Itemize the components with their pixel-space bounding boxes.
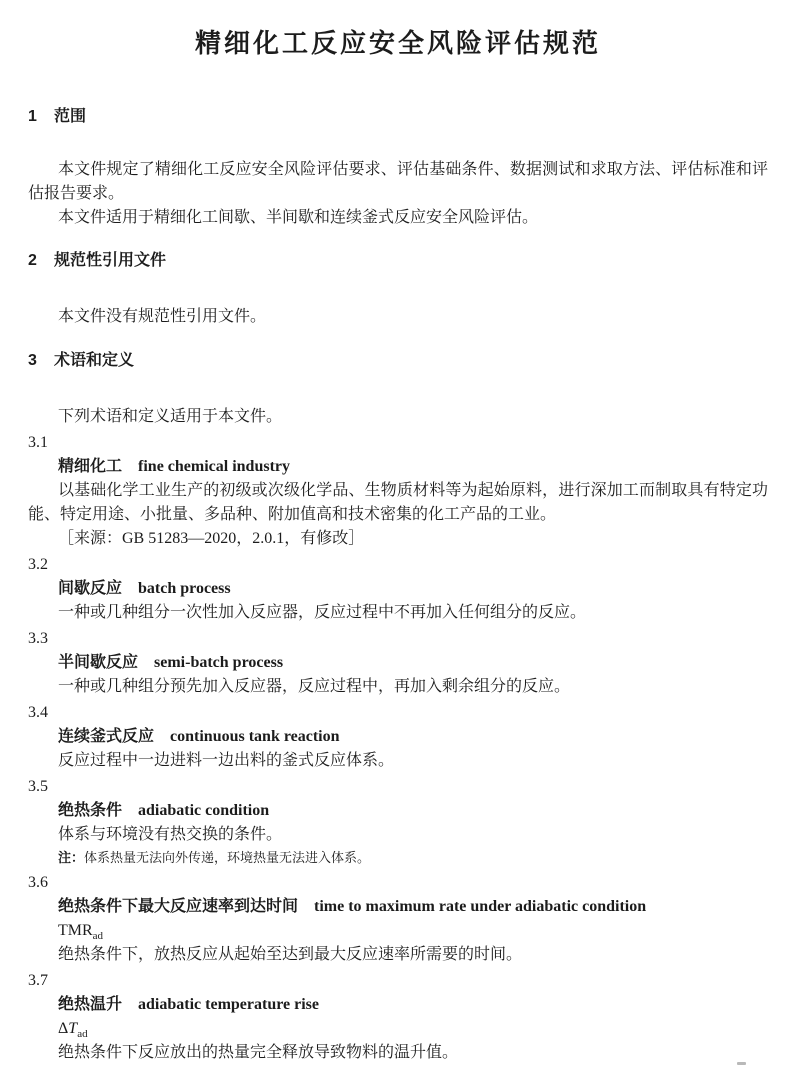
section-3-terms-definitions: 3术语和定义 下列术语和定义适用于本文件。 3.1 精细化工fine chemi…: [28, 350, 768, 1065]
scan-artifact: [737, 1062, 746, 1065]
term-3-4: 3.4 连续釜式反应continuous tank reaction 反应过程中…: [28, 701, 768, 773]
term-en: time to maximum rate under adiabatic con…: [314, 898, 646, 915]
term-en: fine chemical industry: [138, 458, 290, 475]
term-title: 绝热条件adiabatic condition: [28, 799, 768, 823]
section-number: 3: [28, 350, 54, 372]
section-1-scope: 1范围 本文件规定了精细化工反应安全风险评估要求、评估基础条件、数据测试和求取方…: [28, 106, 768, 230]
page-title: 精细化工反应安全风险评估规范: [28, 26, 768, 60]
document-page: 精细化工反应安全风险评估规范 1范围 本文件规定了精细化工反应安全风险评估要求、…: [0, 26, 790, 1065]
term-definition: 以基础化学工业生产的初级或次级化学品、生物质材料等为起始原料，进行深加工而制取具…: [28, 479, 768, 527]
term-3-3: 3.3 半间歇反应semi-batch process 一种或几种组分预先加入反…: [28, 627, 768, 699]
section-number: 1: [28, 106, 54, 128]
term-number: 3.3: [28, 627, 768, 651]
term-number: 3.1: [28, 431, 768, 455]
term-title: 绝热条件下最大反应速率到达时间time to maximum rate unde…: [28, 895, 768, 919]
term-title: 间歇反应batch process: [28, 577, 768, 601]
term-3-7: 3.7 绝热温升adiabatic temperature rise ΔTad …: [28, 969, 768, 1065]
term-title: 绝热温升adiabatic temperature rise: [28, 993, 768, 1017]
symbol-base: T: [68, 1020, 77, 1037]
term-3-5: 3.5 绝热条件adiabatic condition 体系与环境没有热交换的条…: [28, 775, 768, 869]
paragraph: 本文件没有规范性引用文件。: [28, 305, 768, 329]
term-en: adiabatic condition: [138, 802, 269, 819]
term-en: semi-batch process: [154, 654, 283, 671]
term-number: 3.6: [28, 871, 768, 895]
term-symbol: TMRad: [28, 919, 768, 943]
paragraph: 本文件适用于精细化工间歇、半间歇和连续釜式反应安全风险评估。: [28, 206, 768, 230]
symbol-prefix: Δ: [58, 1020, 68, 1037]
terms-list: 3.1 精细化工fine chemical industry 以基础化学工业生产…: [28, 431, 768, 1065]
section-number: 2: [28, 250, 54, 272]
term-zh: 绝热条件下最大反应速率到达时间: [58, 898, 298, 915]
term-number: 3.7: [28, 969, 768, 993]
section-heading: 3术语和定义: [28, 350, 768, 372]
symbol-base: TMR: [58, 922, 93, 939]
section-heading: 2规范性引用文件: [28, 250, 768, 272]
term-3-2: 3.2 间歇反应batch process 一种或几种组分一次性加入反应器，反应…: [28, 553, 768, 625]
term-title: 半间歇反应semi-batch process: [28, 651, 768, 675]
term-definition: 体系与环境没有热交换的条件。: [28, 823, 768, 847]
section-heading: 1范围: [28, 106, 768, 128]
term-number: 3.2: [28, 553, 768, 577]
term-en: batch process: [138, 580, 231, 597]
note-label: 注：: [58, 850, 84, 865]
section-heading-label: 术语和定义: [54, 352, 134, 369]
section-heading-label: 规范性引用文件: [54, 252, 166, 269]
term-3-1: 3.1 精细化工fine chemical industry 以基础化学工业生产…: [28, 431, 768, 551]
term-definition: 一种或几种组分预先加入反应器，反应过程中，再加入剩余组分的反应。: [28, 675, 768, 699]
note-text: 体系热量无法向外传递，环境热量无法进入体系。: [84, 850, 370, 865]
term-en: adiabatic temperature rise: [138, 996, 319, 1013]
term-zh: 绝热条件: [58, 802, 122, 819]
term-definition: 一种或几种组分一次性加入反应器，反应过程中不再加入任何组分的反应。: [28, 601, 768, 625]
term-source: ［来源：GB 51283—2020，2.0.1，有修改］: [28, 527, 768, 551]
section-2-normative-references: 2规范性引用文件 本文件没有规范性引用文件。: [28, 250, 768, 329]
term-number: 3.5: [28, 775, 768, 799]
term-title: 精细化工fine chemical industry: [28, 455, 768, 479]
term-zh: 半间歇反应: [58, 654, 138, 671]
term-zh: 间歇反应: [58, 580, 122, 597]
term-3-6: 3.6 绝热条件下最大反应速率到达时间time to maximum rate …: [28, 871, 768, 967]
symbol-subscript: ad: [93, 930, 103, 942]
section-heading-label: 范围: [54, 108, 86, 125]
paragraph: 下列术语和定义适用于本文件。: [28, 405, 768, 429]
term-note: 注：体系热量无法向外传递，环境热量无法进入体系。: [28, 847, 768, 869]
term-zh: 连续釜式反应: [58, 728, 154, 745]
term-en: continuous tank reaction: [170, 728, 340, 745]
term-symbol: ΔTad: [28, 1017, 768, 1041]
term-zh: 精细化工: [58, 458, 122, 475]
term-definition: 绝热条件下反应放出的热量完全释放导致物料的温升值。: [28, 1041, 768, 1065]
term-title: 连续釜式反应continuous tank reaction: [28, 725, 768, 749]
term-zh: 绝热温升: [58, 996, 122, 1013]
term-number: 3.4: [28, 701, 768, 725]
term-definition: 绝热条件下，放热反应从起始至达到最大反应速率所需要的时间。: [28, 943, 768, 967]
term-definition: 反应过程中一边进料一边出料的釜式反应体系。: [28, 749, 768, 773]
paragraph: 本文件规定了精细化工反应安全风险评估要求、评估基础条件、数据测试和求取方法、评估…: [28, 158, 768, 206]
symbol-subscript: ad: [77, 1028, 87, 1040]
